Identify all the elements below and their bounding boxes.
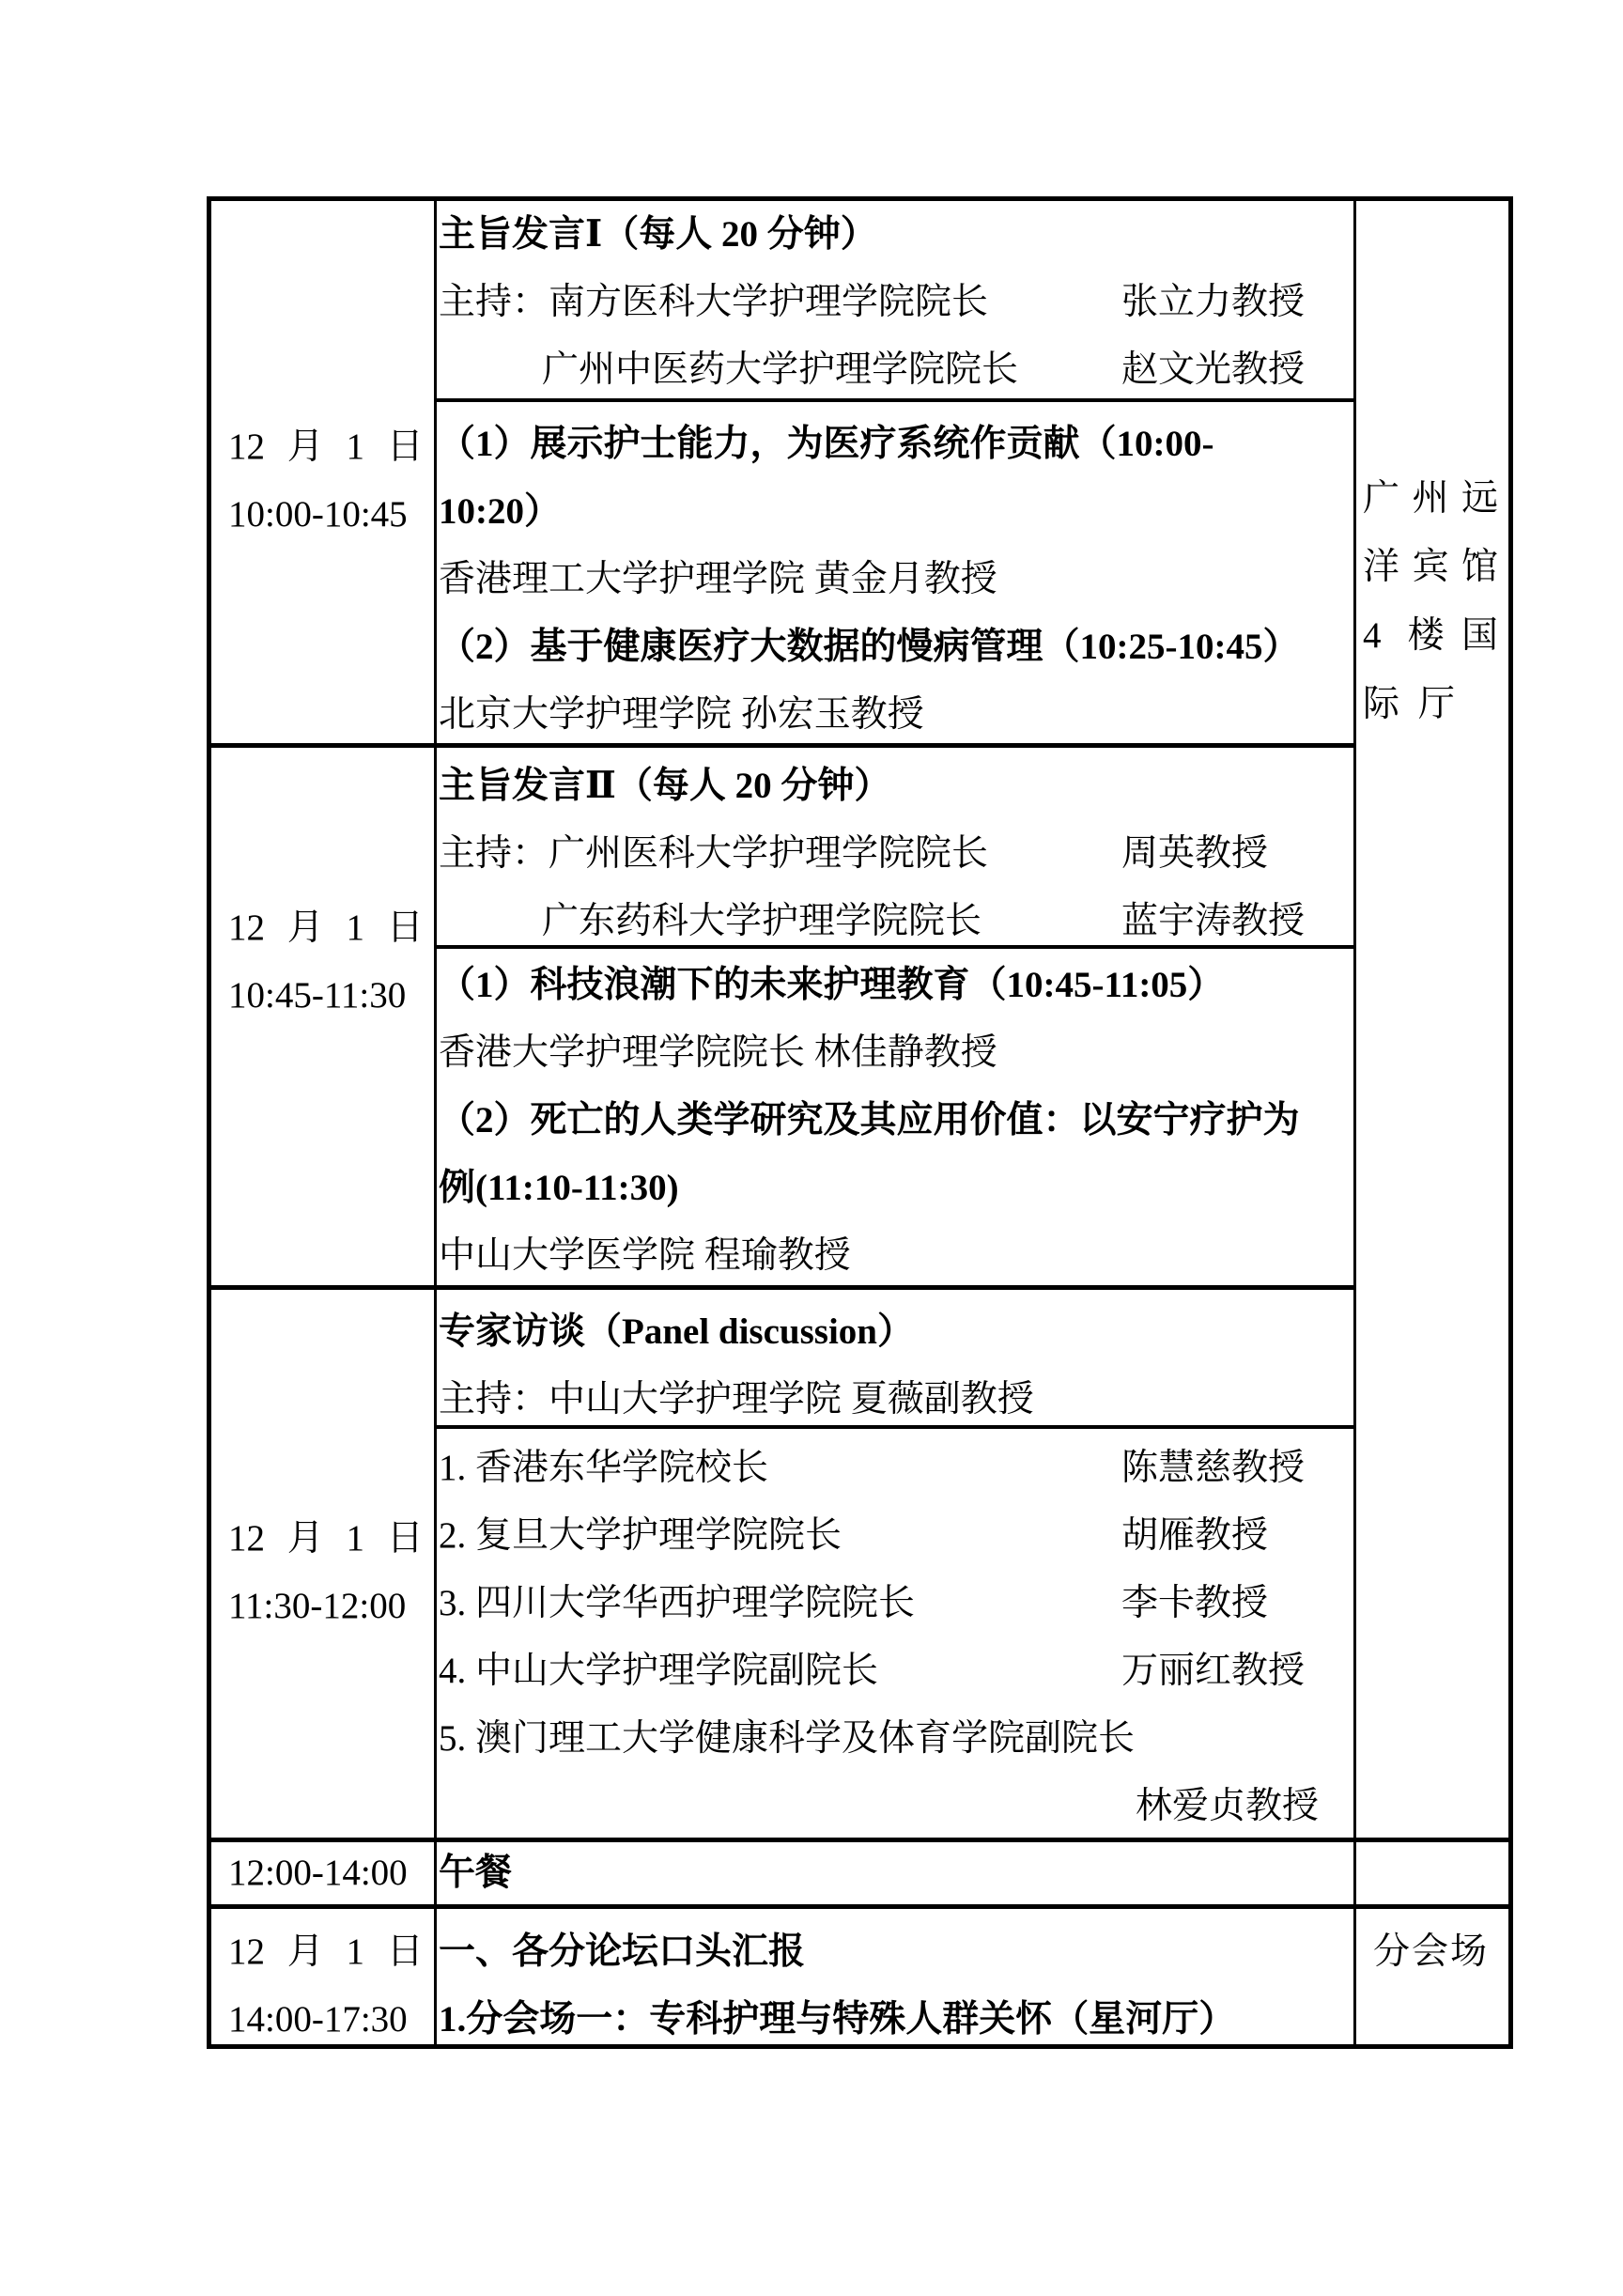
document-page: { "venue_cell": { "line1": "广州远", "line2… [0,0,1623,2296]
panelist-org: 5. 澳门理工大学健康科学及体育学院副院长 [439,1718,1135,1759]
panelist-name: 万丽红教授 [1121,1637,1305,1705]
panelist-name: 胡雁教授 [1121,1502,1268,1570]
afternoon-time: 14:00-17:30 [228,1986,434,2044]
host2-org: 广东药科大学护理学院院长 [542,901,982,941]
schedule-table: 12 月 1 日 10:00-10:45 主旨发言Ⅰ（每人 20 分钟） 主持：… [207,196,1513,2049]
talk-title-line: （2）基于健康医疗大数据的慢病管理（10:25-10:45） [439,613,1353,681]
talk-title-line: 10:20） [439,478,1353,546]
panel-host-line: 主持：中山大学护理学院 夏薇副教授 [439,1366,1353,1434]
host-prefix: 主持： [439,282,549,322]
host1-name: 张立力教授 [1121,269,1305,336]
panelist-org: 3. 四川大学华西护理学院院长 [439,1583,915,1623]
content-cell-session2: 主旨发言Ⅱ（每人 20 分钟） 主持：广州医科大学护理学院院长 周英教授 广东药… [437,748,1356,1290]
content-cell-session1: 主旨发言Ⅰ（每人 20 分钟） 主持：南方医科大学护理学院院长 张立力教授 广州… [437,201,1356,748]
panel-header-block: 专家访谈（Panel discussion） 主持：中山大学护理学院 夏薇副教授 [437,1290,1353,1429]
panelists-block: 1. 香港东华学院校长 陈慧慈教授 2. 复旦大学护理学院院长 胡雁教授 3. … [437,1429,1353,1773]
venue-line: 际厅 [1363,670,1498,738]
host2-name: 赵文光教授 [1121,336,1305,404]
lunch-label: 午餐 [439,1842,512,1907]
venue-cell: 广州远 洋宾馆 4 楼国 际厅 [1356,201,1508,1842]
panelist-line: 4. 中山大学护理学院副院长 万丽红教授 [439,1637,1353,1705]
session1-host-line-2: 广州中医药大学护理学院院长 赵文光教授 [439,336,1353,404]
content-cell-panel: 专家访谈（Panel discussion） 主持：中山大学护理学院 夏薇副教授… [437,1290,1356,1842]
time-cell-panel: 12 月 1 日 11:30-12:00 [211,1290,437,1842]
time-cell-session2: 12 月 1 日 10:45-11:30 [211,748,437,1290]
time-cell-session1: 12 月 1 日 10:00-10:45 [211,201,437,748]
content-cell-afternoon: 一、各分论坛口头汇报 1.分会场一：专科护理与特殊人群关怀（星河厅） [437,1909,1356,2044]
session2-time: 10:45-11:30 [228,962,434,1030]
talk-title-line: （2）死亡的人类学研究及其应用价值：以安宁疗护为 [439,1087,1353,1155]
afternoon-line-1: 一、各分论坛口头汇报 [439,1918,1353,1986]
time-cell-afternoon: 12 月 1 日 14:00-17:30 [211,1909,437,2044]
talk-title-line: （1）科技浪潮下的未来护理教育（10:45-11:05） [439,952,1353,1019]
panel-time: 11:30-12:00 [228,1573,434,1640]
sub-venue-label: 分会场 [1373,1918,1508,1986]
panelist-name: 林爱贞教授 [1136,1773,1319,1840]
session2-host-line-1: 主持：广州医科大学护理学院院长 周英教授 [439,820,1353,888]
afternoon-date: 12 月 1 日 [228,1918,434,1986]
venue-line: 4 楼国 [1363,601,1498,670]
session2-title: 主旨发言Ⅱ（每人 20 分钟） [439,752,1353,820]
venue-cell-afternoon: 分会场 [1356,1909,1508,2044]
panelist-org: 1. 香港东华学院校长 [439,1448,768,1488]
host-prefix: 主持： [439,833,549,874]
afternoon-line-2: 1.分会场一：专科护理与特殊人群关怀（星河厅） [439,1986,1353,2044]
panelist-line: 2. 复旦大学护理学院院长 胡雁教授 [439,1502,1353,1570]
talk-speaker-line: 北京大学护理学院 孙宏玉教授 [439,681,1353,748]
session2-header-block: 主旨发言Ⅱ（每人 20 分钟） 主持：广州医科大学护理学院院长 周英教授 广东药… [437,748,1353,949]
host1-org: 南方医科大学护理学院院长 [549,282,988,322]
panelist-name: 陈慧慈教授 [1121,1435,1305,1502]
talk-title-line: （1）展示护士能力，为医疗系统作贡献（10:00- [439,411,1353,478]
panelist-name: 李卡教授 [1121,1570,1268,1637]
talk-speaker-line: 香港理工大学护理学院 黄金月教授 [439,546,1353,613]
panel-title: 专家访谈（Panel discussion） [439,1298,1353,1366]
venue-line: 洋宾馆 [1363,533,1498,601]
session1-date: 12 月 1 日 [228,413,434,481]
host1-org: 广州医科大学护理学院院长 [549,833,988,874]
session1-header-block: 主旨发言Ⅰ（每人 20 分钟） 主持：南方医科大学护理学院院长 张立力教授 广州… [437,201,1353,402]
session1-time: 10:00-10:45 [228,481,434,549]
panelist-org: 2. 复旦大学护理学院院长 [439,1515,842,1556]
session2-talks-block: （1）科技浪潮下的未来护理教育（10:45-11:05） 香港大学护理学院院长 … [437,949,1353,1290]
lunch-time: 12:00-14:00 [228,1842,408,1907]
panelist-line: 3. 四川大学华西护理学院院长 李卡教授 [439,1570,1353,1637]
talk-title-line: 例(11:10-11:30) [439,1155,1353,1222]
session1-talks-block: （1）展示护士能力，为医疗系统作贡献（10:00- 10:20） 香港理工大学护… [437,402,1353,748]
session1-title: 主旨发言Ⅰ（每人 20 分钟） [439,201,1353,269]
panelist-line: 5. 澳门理工大学健康科学及体育学院副院长 [439,1705,1353,1773]
time-cell-lunch: 12:00-14:00 [211,1842,437,1909]
host2-name: 蓝宇涛教授 [1121,888,1305,955]
talk-speaker-line: 中山大学医学院 程瑜教授 [439,1222,1353,1290]
panelist-org: 4. 中山大学护理学院副院长 [439,1651,878,1691]
host1-name: 周英教授 [1121,820,1268,888]
panel-date: 12 月 1 日 [228,1505,434,1573]
venue-cell-lunch-empty [1356,1842,1508,1909]
panelist-line: 1. 香港东华学院校长 陈慧慈教授 [439,1435,1353,1502]
venue-line: 广州远 [1363,464,1498,533]
session1-host-line-1: 主持：南方医科大学护理学院院长 张立力教授 [439,269,1353,336]
host2-org: 广州中医药大学护理学院院长 [542,349,1018,390]
talk-speaker-line: 香港大学护理学院院长 林佳静教授 [439,1019,1353,1087]
session2-host-line-2: 广东药科大学护理学院院长 蓝宇涛教授 [439,888,1353,955]
content-cell-lunch: 午餐 [437,1842,1356,1909]
session2-date: 12 月 1 日 [228,894,434,962]
